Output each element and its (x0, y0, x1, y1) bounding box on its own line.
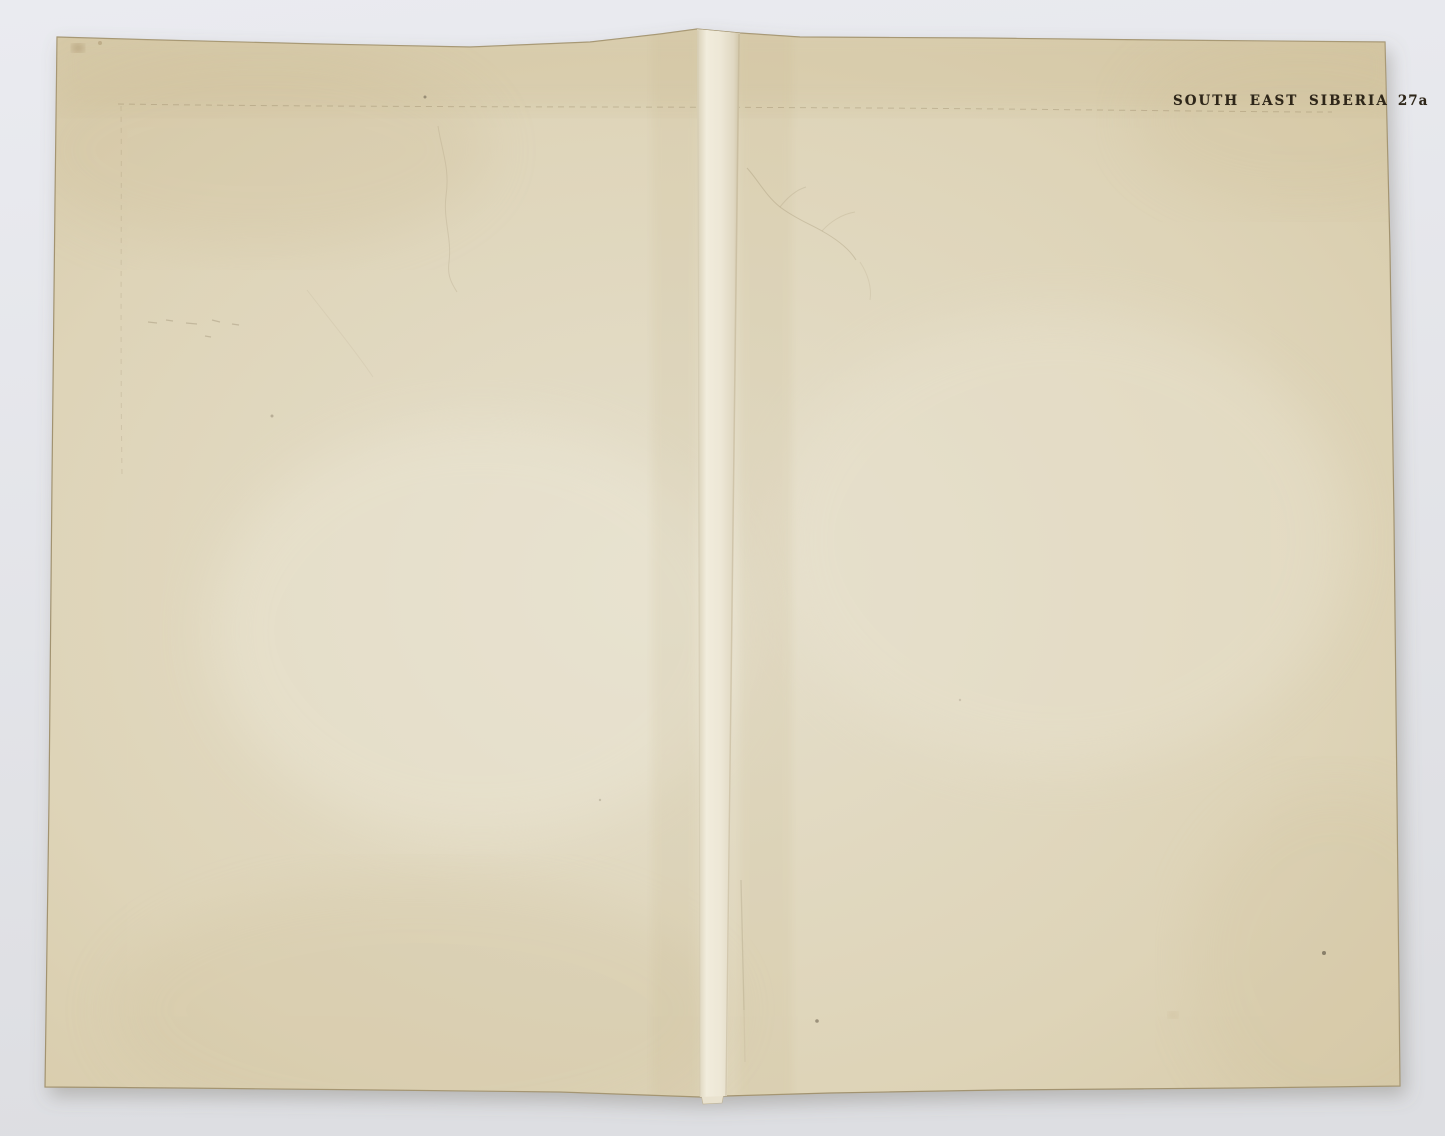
foxing-stain (1168, 1012, 1178, 1018)
photo-scene: SOUTH EAST SIBERIA27a (0, 0, 1445, 1136)
foxing-stain (72, 44, 84, 52)
speck (959, 699, 961, 701)
speck (424, 96, 427, 99)
sheet-plate-number: 27a (1398, 93, 1429, 109)
fold-shade-right (740, 25, 792, 1100)
paper-photo (0, 0, 1445, 1136)
aging-blob (30, 50, 490, 250)
speck (271, 415, 274, 418)
sheet-title-text: SOUTH EAST SIBERIA (1173, 93, 1389, 109)
foxing-stain (98, 41, 102, 45)
fold-shade-left (652, 25, 698, 1100)
speck (815, 1019, 819, 1023)
speck (599, 799, 601, 801)
sheet-title: SOUTH EAST SIBERIA27a (1173, 93, 1428, 109)
speck (1322, 951, 1326, 955)
light-patch (770, 310, 1350, 770)
